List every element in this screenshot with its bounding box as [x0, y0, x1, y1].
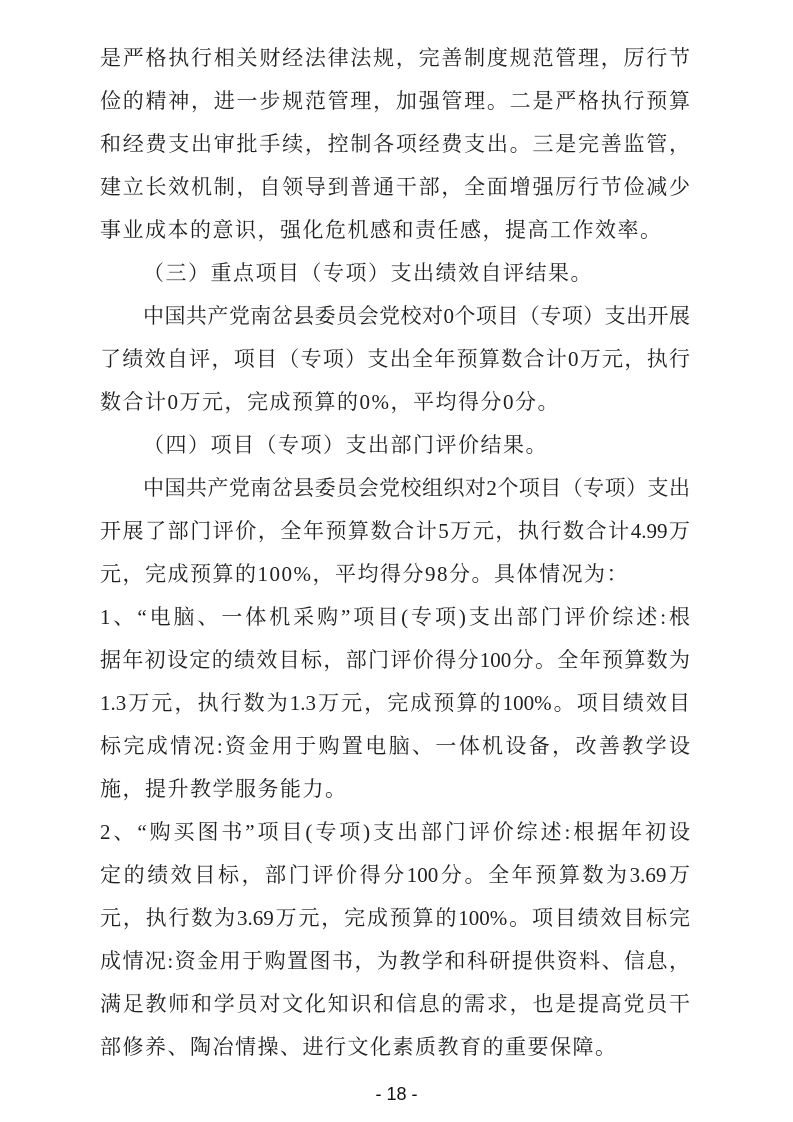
paragraph: （四）项目（专项）支出部门评价结果。 — [100, 424, 690, 467]
text-line: 部修养、陶冶情操、进行文化素质教育的重要保障。 — [100, 1026, 690, 1069]
text-line: 满足教师和学员对文化知识和信息的需求，也是提高党员干 — [100, 983, 690, 1026]
text-line: 成情况:资金用于购置图书，为教学和科研提供资料、信息， — [100, 940, 690, 983]
text-line: 了绩效自评，项目（专项）支出全年预算数合计0万元，执行 — [100, 338, 690, 381]
text-line: 定的绩效目标，部门评价得分100分。全年预算数为3.69万 — [100, 854, 690, 897]
paragraph: 2、“购买图书”项目(专项)支出部门评价综述:根据年初设定的绩效目标，部门评价得… — [100, 811, 690, 1069]
text-line: 标完成情况:资金用于购置电脑、一体机设备，改善教学设 — [100, 725, 690, 768]
paragraph: 1、“电脑、一体机采购”项目(专项)支出部门评价综述:根据年初设定的绩效目标，部… — [100, 596, 690, 811]
text-line: 是严格执行相关财经法律法规，完善制度规范管理，厉行节 — [100, 37, 690, 80]
document-body-text: 是严格执行相关财经法律法规，完善制度规范管理，厉行节俭的精神，进一步规范管理，加… — [100, 37, 690, 1069]
text-line: 1、“电脑、一体机采购”项目(专项)支出部门评价综述:根 — [100, 596, 690, 639]
text-line: 元，完成预算的100%，平均得分98分。具体情况为： — [100, 553, 690, 596]
text-line: （三）重点项目（专项）支出绩效自评结果。 — [100, 252, 690, 295]
paragraph: （三）重点项目（专项）支出绩效自评结果。 — [100, 252, 690, 295]
text-line: 1.3万元，执行数为1.3万元，完成预算的100%。项目绩效目 — [100, 682, 690, 725]
paragraph: 是严格执行相关财经法律法规，完善制度规范管理，厉行节俭的精神，进一步规范管理，加… — [100, 37, 690, 252]
text-line: 和经费支出审批手续，控制各项经费支出。三是完善监管， — [100, 123, 690, 166]
text-line: 施，提升教学服务能力。 — [100, 768, 690, 811]
paragraph: 中国共产党南岔县委员会党校对0个项目（专项）支出开展了绩效自评，项目（专项）支出… — [100, 295, 690, 424]
text-line: 建立长效机制，自领导到普通干部，全面增强厉行节俭减少 — [100, 166, 690, 209]
page-number: - 18 - — [0, 1084, 793, 1105]
text-line: 开展了部门评价，全年预算数合计5万元，执行数合计4.99万 — [100, 510, 690, 553]
text-line: （四）项目（专项）支出部门评价结果。 — [100, 424, 690, 467]
paragraph: 中国共产党南岔县委员会党校组织对2个项目（专项）支出开展了部门评价，全年预算数合… — [100, 467, 690, 596]
text-line: 中国共产党南岔县委员会党校组织对2个项目（专项）支出 — [100, 467, 690, 510]
text-line: 数合计0万元，完成预算的0%，平均得分0分。 — [100, 381, 690, 424]
text-line: 元，执行数为3.69万元，完成预算的100%。项目绩效目标完 — [100, 897, 690, 940]
text-line: 中国共产党南岔县委员会党校对0个项目（专项）支出开展 — [100, 295, 690, 338]
text-line: 据年初设定的绩效目标，部门评价得分100分。全年预算数为 — [100, 639, 690, 682]
text-line: 事业成本的意识，强化危机感和责任感，提高工作效率。 — [100, 209, 690, 252]
text-line: 俭的精神，进一步规范管理，加强管理。二是严格执行预算 — [100, 80, 690, 123]
document-page: 是严格执行相关财经法律法规，完善制度规范管理，厉行节俭的精神，进一步规范管理，加… — [0, 0, 793, 1122]
text-line: 2、“购买图书”项目(专项)支出部门评价综述:根据年初设 — [100, 811, 690, 854]
